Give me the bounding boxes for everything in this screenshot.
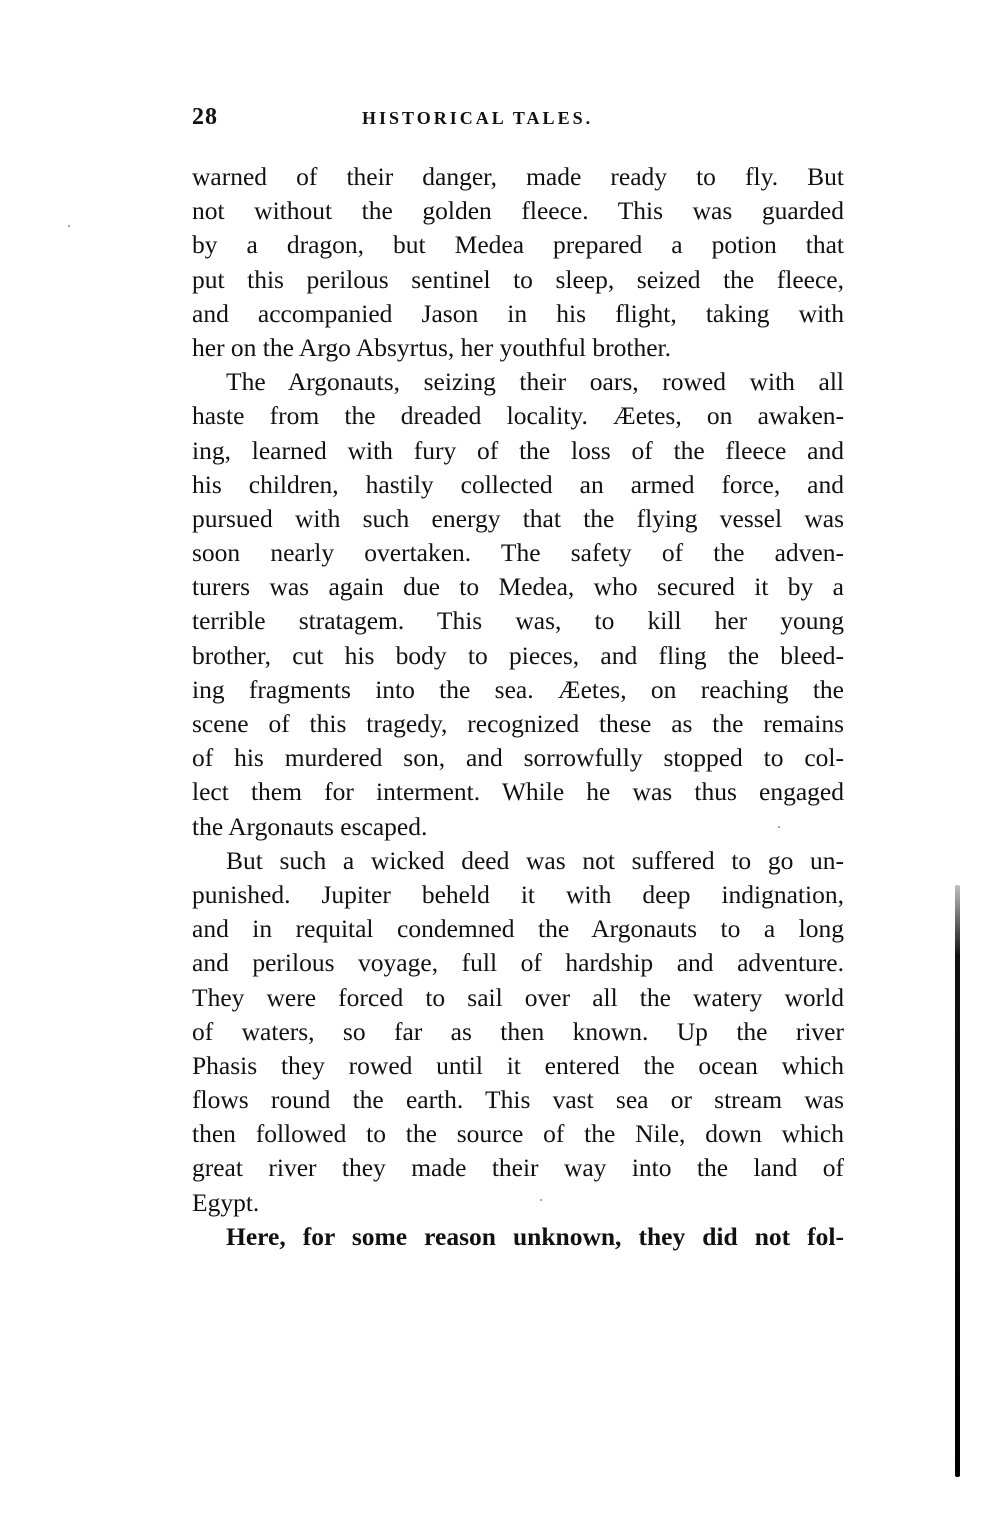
text-line: scene of this tragedy, recognized these … — [192, 707, 844, 741]
text-line: and accompanied Jason in his flight, tak… — [192, 297, 844, 331]
text-line: then followed to the source of the Nile,… — [192, 1117, 844, 1151]
text-line: warned of their danger, made ready to fl… — [192, 160, 844, 194]
text-line: turers was again due to Medea, who secur… — [192, 570, 844, 604]
running-head: 28 HISTORICAL TALES. — [192, 104, 848, 140]
text-line: They were forced to sail over all the wa… — [192, 981, 844, 1015]
text-line: great river they made their way into the… — [192, 1151, 844, 1185]
scan-speck — [68, 225, 70, 227]
text-line: haste from the dreaded locality. Æetes, … — [192, 399, 844, 433]
running-title: HISTORICAL TALES. — [362, 108, 593, 129]
text-line: ing, learned with fury of the loss of th… — [192, 434, 844, 468]
text-line: Here, for some reason unknown, they did … — [192, 1220, 844, 1254]
text-line: pursued with such energy that the flying… — [192, 502, 844, 536]
text-line: punished. Jupiter beheld it with deep in… — [192, 878, 844, 912]
scan-edge-line — [955, 885, 960, 1477]
text-line: ing fragments into the sea. Æetes, on re… — [192, 673, 844, 707]
text-line: put this perilous sentinel to sleep, sei… — [192, 263, 844, 297]
page-number: 28 — [192, 104, 218, 131]
text-line: brother, cut his body to pieces, and fli… — [192, 639, 844, 673]
text-line: and perilous voyage, full of hardship an… — [192, 946, 844, 980]
text-line: not without the golden fleece. This was … — [192, 194, 844, 228]
text-line: and in requital condemned the Argonauts … — [192, 912, 844, 946]
text-line: soon nearly overtaken. The safety of the… — [192, 536, 844, 570]
text-line: Phasis they rowed until it entered the o… — [192, 1049, 844, 1083]
text-line: of his murdered son, and sorrowfully sto… — [192, 741, 844, 775]
text-line: by a dragon, but Medea prepared a potion… — [192, 228, 844, 262]
text-line: terrible stratagem. This was, to kill he… — [192, 604, 844, 638]
scan-speck — [778, 826, 780, 828]
text-line: her on the Argo Absyrtus, her youthful b… — [192, 331, 844, 365]
text-line: But such a wicked deed was not suffered … — [192, 844, 844, 878]
text-line: lect them for interment. While he was th… — [192, 775, 844, 809]
scan-speck — [540, 1199, 542, 1201]
text-line: Egypt. — [192, 1186, 844, 1220]
body-text: warned of their danger, made ready to fl… — [192, 160, 844, 1254]
text-line: of waters, so far as then known. Up the … — [192, 1015, 844, 1049]
text-line: The Argonauts, seizing their oars, rowed… — [192, 365, 844, 399]
text-line: his children, hastily collected an armed… — [192, 468, 844, 502]
text-line: the Argonauts escaped. — [192, 810, 844, 844]
text-line: flows round the earth. This vast sea or … — [192, 1083, 844, 1117]
